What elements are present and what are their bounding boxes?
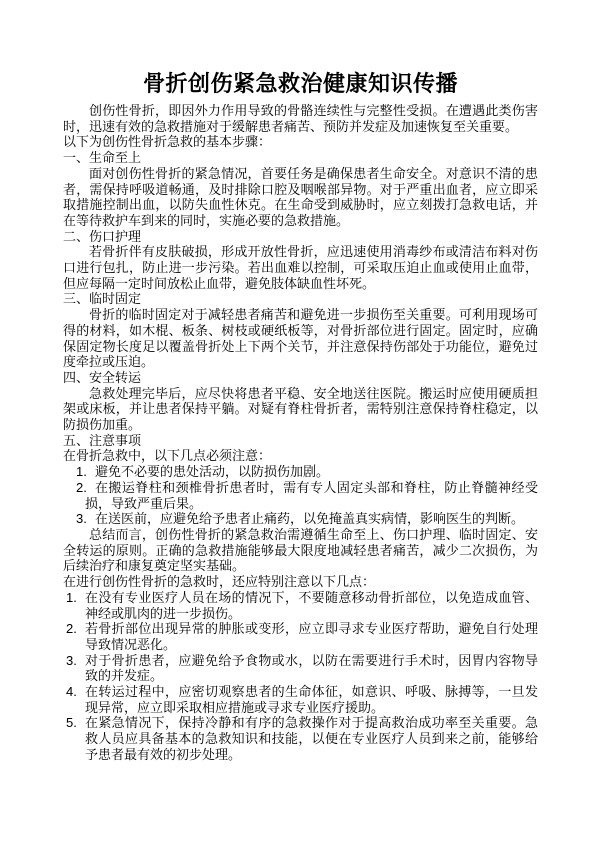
extra-point-item-3: 3. 对于骨折患者，应避免给予食物或水，以防在需要进行手术时，因胃内容物导致的并… [63, 653, 538, 684]
list-item-number: 1. [66, 464, 87, 480]
paragraph-life-first: 面对创伤性骨折的紧急情况，首要任务是确保患者生命安全。对意识不清的患者，需保持呼… [63, 166, 538, 229]
document-title: 骨折创伤紧急救治健康知识传播 [63, 69, 538, 99]
extra-points-lead-in: 在进行创伤性骨折的急救时，还应特别注意以下几点： [63, 574, 538, 590]
precautions-lead-in: 在骨折急救中，以下几点必须注意： [63, 448, 538, 464]
section-heading-wound-care: 二、伤口护理 [63, 229, 538, 245]
section-heading-temporary-fixation: 三、临时固定 [63, 291, 538, 307]
paragraph-safe-transfer: 急救处理完毕后，应尽快将患者平稳、安全地送往医院。搬运时应使用硬质担架或床板，并… [63, 386, 538, 433]
section-heading-safe-transfer: 四、安全转运 [63, 370, 538, 386]
extra-point-item-1: 1. 在没有专业医疗人员在场的情况下，不要随意移动骨折部位，以免造成血管、神经或… [63, 590, 538, 621]
list-item-text: 避免不必要的患处活动，以防损伤加剧。 [95, 464, 329, 479]
list-item-number: 3. [66, 511, 87, 527]
list-item-number: 5. [66, 715, 77, 731]
extra-point-item-5: 5. 在紧急情况下，保持冷静和有序的急救操作对于提高救治成功率至关重要。急救人员… [63, 715, 538, 762]
list-item-text: 在送医前，应避免给予患者止痛药，以免掩盖真实病情，影响医生的判断。 [95, 511, 524, 526]
summary-paragraph: 总结而言，创伤性骨折的紧急救治需遵循生命至上、伤口护理、临时固定、安全转运的原则… [63, 527, 538, 574]
document-page: 骨折创伤紧急救治健康知识传播 创伤性骨折，即因外力作用导致的骨骼连续性与完整性受… [0, 0, 595, 841]
intro-paragraph: 创伤性骨折，即因外力作用导致的骨骼连续性与完整性受损。在遭遇此类伤害时，迅速有效… [63, 103, 538, 134]
paragraph-temporary-fixation: 骨折的临时固定对于减轻患者痛苦和避免进一步损伤至关重要。可利用现场可得的材料，如… [63, 307, 538, 370]
list-item-text: 在转运过程中，应密切观察患者的生命体征，如意识、呼吸、脉搏等，一旦发现异常，应立… [85, 684, 538, 715]
precaution-list-item-1: 1. 避免不必要的患处活动，以防损伤加剧。 [63, 464, 538, 480]
extra-point-item-4: 4. 在转运过程中，应密切观察患者的生命体征，如意识、呼吸、脉搏等，一旦发现异常… [63, 684, 538, 715]
list-item-number: 2. [66, 480, 87, 496]
list-item-number: 4. [66, 684, 77, 700]
list-item-text: 在搬运脊柱和颈椎骨折患者时，需有专人固定头部和脊柱，防止脊髓神经受损，导致严重后… [85, 480, 538, 511]
precaution-list-item-3: 3. 在送医前，应避免给予患者止痛药，以免掩盖真实病情，影响医生的判断。 [63, 511, 538, 527]
section-heading-life-first: 一、生命至上 [63, 150, 538, 166]
list-item-text: 在没有专业医疗人员在场的情况下，不要随意移动骨折部位，以免造成血管、神经或肌肉的… [85, 590, 538, 621]
list-item-number: 2. [66, 621, 77, 637]
list-item-number: 3. [66, 653, 77, 669]
list-item-number: 1. [66, 590, 77, 606]
precaution-list-item-2: 2. 在搬运脊柱和颈椎骨折患者时，需有专人固定头部和脊柱，防止脊髓神经受损，导致… [63, 480, 538, 511]
list-item-text: 在紧急情况下，保持冷静和有序的急救操作对于提高救治成功率至关重要。急救人员应具备… [85, 715, 538, 761]
extra-point-item-2: 2. 若骨折部位出现异常的肿胀或变形，应立即寻求专业医疗帮助，避免自行处理导致情… [63, 621, 538, 652]
list-item-text: 若骨折部位出现异常的肿胀或变形，应立即寻求专业医疗帮助，避免自行处理导致情况恶化… [85, 621, 538, 652]
steps-lead-in: 以下为创伤性骨折急救的基本步骤： [63, 134, 538, 150]
paragraph-wound-care: 若骨折伴有皮肤破损，形成开放性骨折，应迅速使用消毒纱布或清洁布料对伤口进行包扎，… [63, 244, 538, 291]
section-heading-precautions: 五、注意事项 [63, 433, 538, 449]
list-item-text: 对于骨折患者，应避免给予食物或水，以防在需要进行手术时，因胃内容物导致的并发症。 [85, 653, 538, 684]
